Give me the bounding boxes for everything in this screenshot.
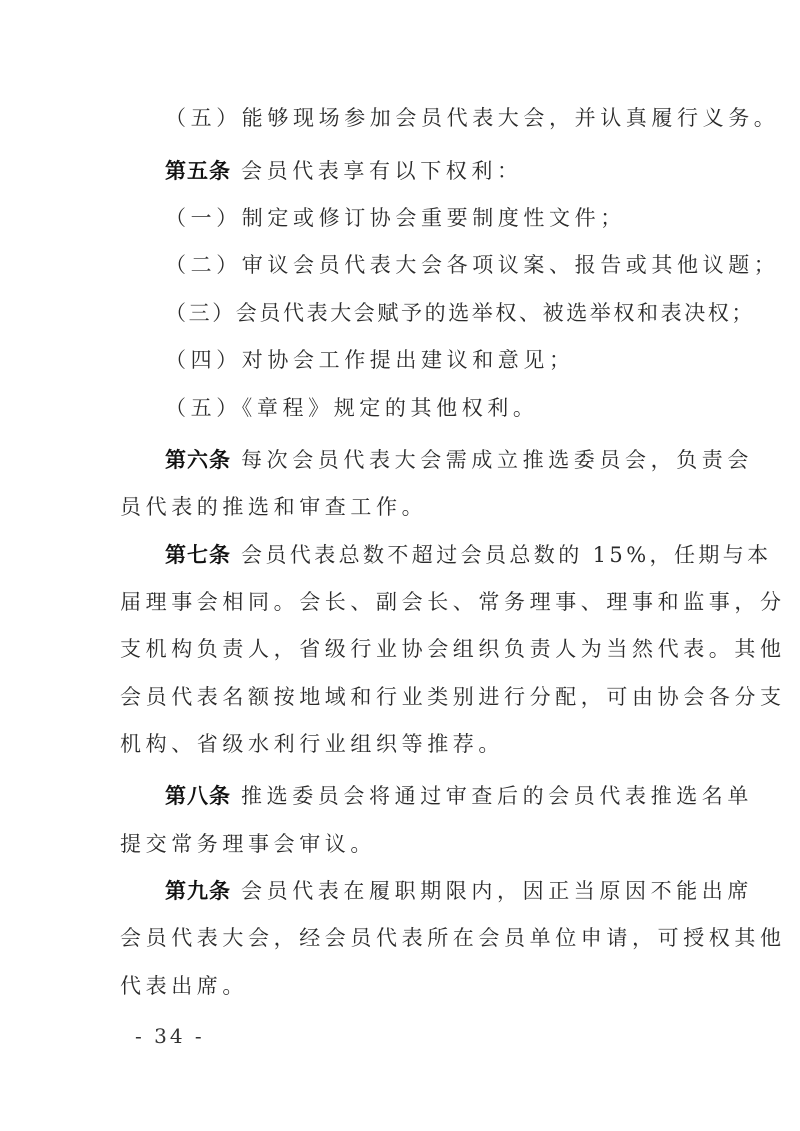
paragraph-text: 会员代表享有以下权利： (241, 159, 523, 183)
paragraph-text: 推选委员会将通过审查后的会员代表推选名单 (241, 784, 753, 808)
article-7-continued: 机构、省级水利行业组织等推荐。 (120, 730, 504, 758)
article-5-heading: 第五条会员代表享有以下权利： (165, 157, 523, 185)
article-number: 第六条 (165, 447, 231, 472)
article-number: 第五条 (165, 158, 231, 183)
article-7-continued: 届理事会相同。会长、副会长、常务理事、理事和监事，分 (120, 588, 786, 616)
paragraph-text: 每次会员代表大会需成立推选委员会，负责会 (241, 448, 753, 472)
article-8-continued: 提交常务理事会审议。 (120, 830, 376, 858)
paragraph-text: 会员代表名额按地域和行业类别进行分配，可由协会各分支 (120, 685, 786, 709)
paragraph-text: （四）对协会工作提出建议和意见； (165, 348, 575, 372)
list-item-right-4: （四）对协会工作提出建议和意见； (165, 346, 575, 374)
article-7-continued: 支机构负责人，省级行业协会组织负责人为当然代表。其他 (120, 635, 786, 663)
paragraph-text: （五）《章程》规定的其他权利。 (165, 396, 539, 420)
paragraph-text: 会员代表总数不超过会员总数的 15%，任期与本 (241, 543, 772, 567)
paragraph-text: （一）制定或修订协会重要制度性文件； (165, 206, 626, 230)
list-item-right-3: （三）会员代表大会赋予的选举权、被选举权和表决权； (165, 299, 755, 327)
article-7: 第七条会员代表总数不超过会员总数的 15%，任期与本 (165, 541, 772, 569)
list-item-right-1: （一）制定或修订协会重要制度性文件； (165, 204, 626, 232)
paragraph-text: （三）会员代表大会赋予的选举权、被选举权和表决权； (165, 301, 755, 325)
article-6-continued: 员代表的推选和审查工作。 (120, 493, 427, 521)
paragraph-text: 会员代表大会，经会员代表所在会员单位申请，可授权其他 (120, 926, 786, 950)
paragraph-text: 机构、省级水利行业组织等推荐。 (120, 732, 504, 756)
article-9: 第九条会员代表在履职期限内，因正当原因不能出席 (165, 877, 753, 905)
article-number: 第九条 (165, 878, 231, 903)
paragraph-text: 提交常务理事会审议。 (120, 832, 376, 856)
page-number: - 34 - (135, 1024, 205, 1048)
paragraph-text: 员代表的推选和审查工作。 (120, 495, 427, 519)
paragraph-text: 届理事会相同。会长、副会长、常务理事、理事和监事，分 (120, 590, 786, 614)
paragraph-text: 会员代表在履职期限内，因正当原因不能出席 (241, 879, 753, 903)
article-8: 第八条推选委员会将通过审查后的会员代表推选名单 (165, 782, 753, 810)
article-number: 第八条 (165, 783, 231, 808)
article-number: 第七条 (165, 542, 231, 567)
article-9-continued: 代表出席。 (120, 972, 248, 1000)
document-page: （五）能够现场参加会员代表大会，并认真履行义务。 第五条会员代表享有以下权利： … (0, 0, 800, 1131)
list-item-obligation-5: （五）能够现场参加会员代表大会，并认真履行义务。 (165, 104, 779, 132)
article-6: 第六条每次会员代表大会需成立推选委员会，负责会 (165, 446, 753, 474)
list-item-right-5: （五）《章程》规定的其他权利。 (165, 394, 539, 422)
list-item-right-2: （二）审议会员代表大会各项议案、报告或其他议题； (165, 251, 779, 279)
paragraph-text: （五）能够现场参加会员代表大会，并认真履行义务。 (165, 106, 779, 130)
article-7-continued: 会员代表名额按地域和行业类别进行分配，可由协会各分支 (120, 683, 786, 711)
paragraph-text: 代表出席。 (120, 974, 248, 998)
paragraph-text: （二）审议会员代表大会各项议案、报告或其他议题； (165, 253, 779, 277)
article-9-continued: 会员代表大会，经会员代表所在会员单位申请，可授权其他 (120, 924, 786, 952)
paragraph-text: 支机构负责人，省级行业协会组织负责人为当然代表。其他 (120, 637, 786, 661)
